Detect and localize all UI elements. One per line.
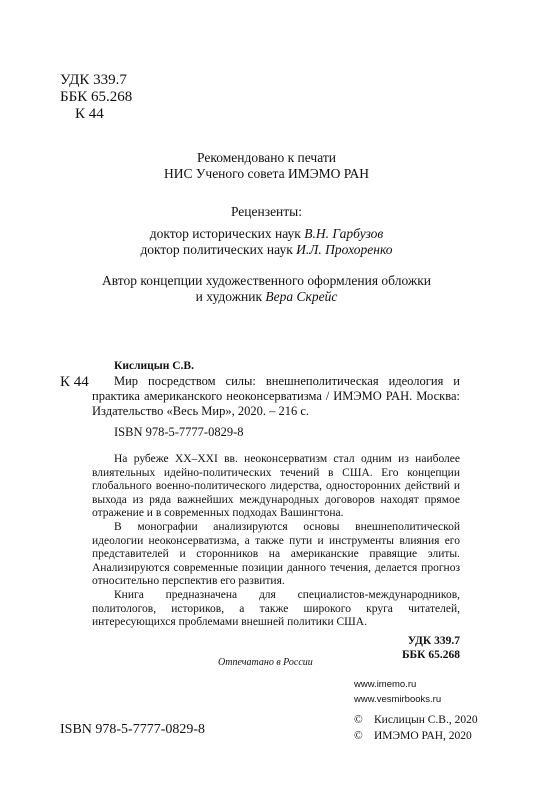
udk-code: УДК 339.7	[60, 72, 132, 89]
copyright-line-1: ©Кислицын С.В., 2020	[354, 712, 478, 728]
designer-name: Вера Скрейс	[265, 289, 337, 304]
bbk-code-right: ББК 65.268	[300, 649, 460, 663]
reviewer-2: доктор политических наук И.Л. Прохоренко	[0, 242, 533, 258]
copyright-line-2: ©ИМЭМО РАН, 2020	[354, 728, 478, 744]
reviewer-role: доктор исторических наук	[150, 226, 301, 241]
udk-code-right: УДК 339.7	[300, 635, 460, 649]
copyright-icon: ©	[354, 728, 374, 744]
description-text: Мир посредством силы: внешнеполитическая…	[92, 374, 460, 419]
abstract-paragraph-2: В монографии анализируются основы внешне…	[92, 521, 460, 589]
reviewer-name: В.Н. Гарбузов	[304, 226, 383, 241]
recommendation-line-2: НИС Ученого совета ИМЭМО РАН	[0, 166, 533, 182]
recommendation-line-1: Рекомендовано к печати	[0, 150, 533, 166]
designer-prefix: и художник	[196, 289, 262, 304]
website-link[interactable]: www.imemo.ru	[354, 677, 441, 692]
classification-codes-right: УДК 339.7 ББК 65.268	[300, 635, 460, 662]
reviewers-list: доктор исторических наук В.Н. Гарбузов д…	[0, 226, 533, 258]
abstract-paragraph-1: На рубеже XX–XXI вв. неоконсерватизм ста…	[92, 453, 460, 521]
recommendation: Рекомендовано к печати НИС Ученого совет…	[0, 150, 533, 182]
isbn-bottom: ISBN 978-5-7777-0829-8	[60, 722, 205, 738]
reviewer-name: И.Л. Прохоренко	[296, 242, 392, 257]
reviewer-1: доктор исторических наук В.Н. Гарбузов	[0, 226, 533, 242]
websites: www.imemo.ru www.vesmirbooks.ru	[354, 677, 441, 707]
bbk-code: ББК 65.268	[60, 89, 132, 106]
abstract: На рубеже XX–XXI вв. неоконсерватизм ста…	[92, 453, 460, 630]
website-link[interactable]: www.vesmirbooks.ru	[354, 692, 441, 707]
classification-codes: УДК 339.7 ББК 65.268 К 44	[60, 72, 132, 123]
isbn-main: ISBN 978-5-7777-0829-8	[114, 425, 244, 440]
author-mark: К 44	[60, 106, 132, 123]
author-mark-left: К 44	[60, 374, 89, 391]
book-author: Кислицын С.В.	[114, 360, 194, 372]
copyright-block: ©Кислицын С.В., 2020 ©ИМЭМО РАН, 2020	[354, 712, 478, 744]
copyright-icon: ©	[354, 712, 374, 728]
designer-line-2: и художник Вера Скрейс	[0, 289, 533, 305]
bibliographic-description: Мир посредством силы: внешнеполитическая…	[92, 374, 460, 419]
abstract-paragraph-3: Книга предназначена для специалистов-меж…	[92, 589, 460, 630]
printed-in: Отпечатано в России	[218, 657, 313, 668]
copyright-holder: ИМЭМО РАН, 2020	[374, 730, 472, 742]
designer-line-1: Автор концепции художественного оформлен…	[0, 273, 533, 289]
copyright-holder: Кислицын С.В., 2020	[374, 714, 478, 726]
cover-designer: Автор концепции художественного оформлен…	[0, 273, 533, 305]
reviewers-title: Рецензенты:	[0, 204, 533, 220]
reviewer-role: доктор политических наук	[140, 242, 292, 257]
